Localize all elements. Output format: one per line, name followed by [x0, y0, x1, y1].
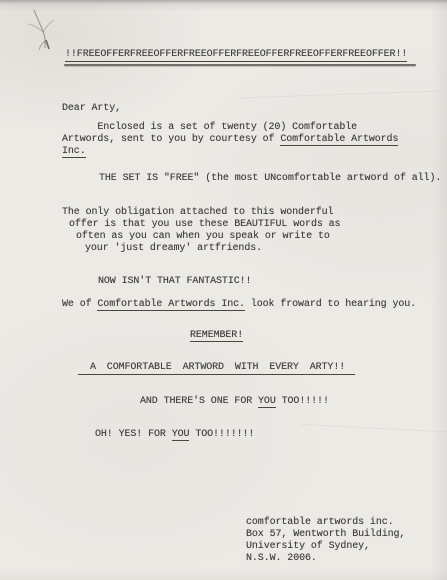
scanned-letter-page: !!FREEOFFERFREEOFFERFREEOFFERFREEOFFERFR… — [0, 0, 447, 580]
slogan-underlined: A COMFORTABLE ARTWORD WITH EVERY ARTY!! — [78, 362, 355, 375]
paragraph3-line2: offer is that you use these BEAUTIFUL wo… — [69, 219, 340, 231]
banner-text: !!FREEOFFERFREEOFFERFREEOFFERFREEOFFERFR… — [65, 49, 407, 62]
paper-crease — [240, 91, 440, 99]
paragraph5-post: look froward to hearing you. — [245, 299, 416, 310]
you-underlined: YOU — [258, 396, 276, 408]
you-underlined: YOU — [172, 429, 190, 441]
you1-pre: AND THERE'S ONE FOR — [140, 396, 258, 407]
salutation: Dear Arty, — [62, 103, 121, 115]
you1-post: TOO!!!!! — [276, 396, 329, 407]
you-too-line1: AND THERE'S ONE FOR YOU TOO!!!!! — [140, 396, 329, 408]
remember-heading: REMEMBER! — [190, 330, 243, 342]
paragraph4: NOW ISN'T THAT FANTASTIC!! — [98, 276, 251, 288]
company-name-underlined: Inc. — [62, 146, 86, 158]
paragraph1-line2: Artwords, sent to you by courtesy of Com… — [62, 134, 398, 146]
signature-company: comfortable artwords inc. — [246, 517, 405, 529]
signature-block: comfortable artwords inc. Box 57, Wentwo… — [246, 517, 405, 565]
you-too-line2: OH! YES! FOR YOU TOO!!!!!!! — [95, 429, 254, 441]
paragraph5: We of Comfortable Artwords Inc. look fro… — [62, 299, 416, 311]
signature-address3: N.S.W. 2006. — [246, 553, 405, 565]
signature-address2: University of Sydney, — [246, 541, 405, 553]
you2-pre: OH! YES! FOR — [95, 429, 172, 440]
banner-underline-rule — [64, 64, 416, 66]
you2-post: TOO!!!!!!! — [189, 429, 254, 440]
paragraph5-pre: We of — [62, 299, 97, 310]
paragraph3-line4: your 'just dreamy' artfriends. — [85, 243, 262, 255]
pencil-scribble — [18, 4, 70, 60]
paper-crease — [300, 424, 447, 433]
slogan-line: A COMFORTABLE ARTWORD WITH EVERY ARTY!! — [78, 362, 355, 374]
company-name-underlined: Comfortable Artwords — [280, 134, 398, 146]
free-offer-banner: !!FREEOFFERFREEOFFERFREEOFFERFREEOFFERFR… — [65, 49, 407, 61]
paragraph3-line3: often as you can when you speak or write… — [76, 231, 330, 243]
paragraph3-line1: The only obligation attached to this won… — [62, 207, 333, 219]
signature-address1: Box 57, Wentworth Building, — [246, 529, 405, 541]
paragraph1-line3: Inc. — [62, 146, 86, 158]
remember-underlined: REMEMBER! — [190, 330, 243, 342]
paragraph2: THE SET IS "FREE" (the most UNcomfortabl… — [99, 173, 441, 185]
paragraph1-line2-text: Artwords, sent to you by courtesy of — [62, 134, 280, 145]
paragraph1-line1: Enclosed is a set of twenty (20) Comfort… — [62, 122, 357, 134]
company-name-underlined: Comfortable Artwords Inc. — [97, 299, 245, 311]
